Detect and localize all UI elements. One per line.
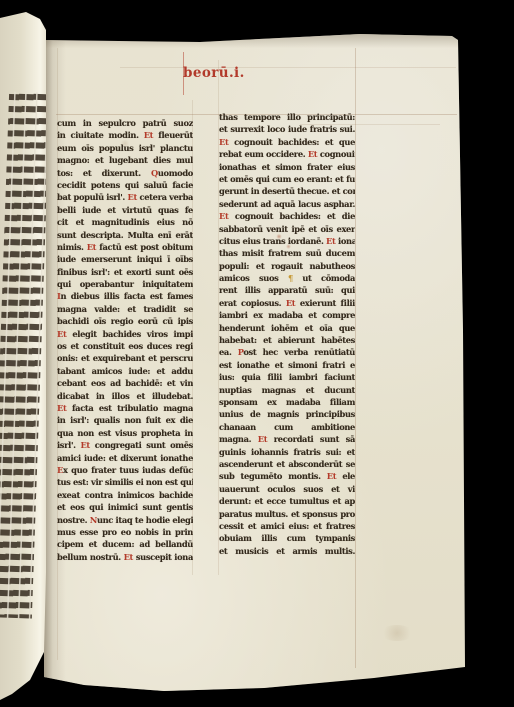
text-line: sub tegumēto montis. Et ele [219,470,355,482]
facing-page [0,12,46,704]
text-line: habebat: et abierunt habētes [219,334,355,346]
text-line: cecidit potens qui saluū facie [57,179,193,191]
text-line: rebat eum occidere. Et cognouit [219,148,355,160]
text-line: bellum nostrū. Et suscepit iona [57,551,193,563]
text-line: qua non est visus propheta in [57,427,193,439]
text-column-right: thas tempore illo principatū:et surrexit… [219,111,355,557]
text-line: guinis iohannis fratris sui: et [219,446,355,458]
text-line: et omēs qui cum eo erant: et fu [219,173,355,185]
text-line: cum in sepulcro patrū suoz [57,117,193,129]
text-line: amicos suos ¶ ut cōmoda [219,272,355,284]
text-line: est ionathe et simoni fratri e [219,359,355,371]
ruling-line [120,67,456,68]
text-line: ionathas et simon frater eius [219,161,355,173]
text-line: qui operabantur iniquitatem [57,278,193,290]
text-line: sunt descripta. Multa enī erāt [57,229,193,241]
text-line: henderunt iohēm et oīa que [219,322,355,334]
text-line: bachidi oīs regio eorū cū ipis [57,315,193,327]
text-line: sederunt ad aquā lacus asphar. [219,198,355,210]
text-line: erat copiosus. Et exierunt filii [219,297,355,309]
text-column-left: cum in sepulcro patrū suozin ciuitate mo… [57,117,193,563]
text-line: et eos qui inimici sunt gentis [57,501,193,513]
stain [380,625,414,641]
text-line: finibus isrl': et exorti sunt oēs [57,266,193,278]
text-line: gerunt in desertū thecue. et con [219,185,355,197]
text-line: nostre. Nunc itaq te hodie elegi [57,514,193,526]
text-line: et surrexit loco iude fratris sui. [219,123,355,135]
text-line: Et elegit bachides viros impi [57,328,193,340]
text-line: tos: et dixerunt. Quomodo [57,167,193,179]
text-line: cessit et amici eius: et fratres [219,520,355,532]
text-line: sponsam ex madaba filiam [219,396,355,408]
text-line: ius: quia filii iambri faciunt [219,371,355,383]
text-line: obuiam illis cum tympanis [219,532,355,544]
text-line: citus eius trans iordanē. Et iona [219,235,355,247]
text-line: nimis. Et factū est post obitum [57,241,193,253]
text-line: Et cognouit bachides: et que [219,136,355,148]
text-line: in isrl': qualis non fuit ex die [57,414,193,426]
text-line: iambri ex madaba et compre [219,309,355,321]
text-line: eum oīs populus isrl' planctu [57,142,193,154]
text-line: thas misit fratrem suū ducem [219,247,355,259]
text-line: derunt: et ecce tumultus et ap [219,495,355,507]
text-line: rent illis apparatū suū: qui [219,284,355,296]
text-line: et musicis et armis multis. [219,545,355,557]
manuscript-photo: beorū.i. cum in sepulcro patrū suozin ci… [0,0,514,707]
text-line: sabbatorū venit ipē et oīs exer [219,223,355,235]
text-line: Et facta est tribulatio magna [57,402,193,414]
text-line: exeat contra inimicos bachide [57,489,193,501]
text-line: tus est: vir similis ei non est qui [57,476,193,488]
text-line: cit et magnitudinis eius nō [57,216,193,228]
text-line: tabant amicos iude: et addu [57,365,193,377]
text-line: isrl'. Et congregati sunt omēs [57,439,193,451]
text-line: In diebus illis facta est fames [57,290,193,302]
text-line: Et cognouit bachides: et die [219,210,355,222]
text-line: magna valde: et tradidit se [57,303,193,315]
text-line: ascenderunt et absconderūt se [219,458,355,470]
text-line: thas tempore illo principatū: [219,111,355,123]
text-line: iude emerserunt iniqui ī oībs [57,253,193,265]
text-line: populi: et rogauit nabutheos [219,260,355,272]
ruling-line [355,48,356,668]
text-line: Ex quo frater tuus iudas defūc [57,464,193,476]
text-line: uauerunt oculos suos et vi [219,483,355,495]
text-line: nuptias magnas et ducunt [219,384,355,396]
text-line: cipem et ducem: ad bellandū [57,538,193,550]
text-line: chanaan cum ambitione [219,421,355,433]
facing-page-text [0,91,50,618]
text-line: dicabat in illos et illudebat. [57,390,193,402]
text-line: os et constituit eos duces regi [57,340,193,352]
text-line: magno: et lugebant dies mul [57,154,193,166]
text-line: in ciuitate modin. Et fleuerūt [57,129,193,141]
running-header: beorū.i. [183,65,245,81]
text-line: cebant eos ad bachidē: et vin [57,377,193,389]
text-line: magna. Et recordati sunt sā [219,433,355,445]
text-line: bat populū isrl'. Et cetera verba [57,191,193,203]
text-line: belli iude et virtutū quas fe [57,204,193,216]
text-line: ea. Post hec verba renūtiatū [219,346,355,358]
text-line: unius de magnis principibus [219,408,355,420]
text-line: onis: et exquirebant et perscru [57,352,193,364]
text-line: amici iude: et dixerunt ionathe [57,452,193,464]
text-line: mus esse pro eo nobis in prin [57,526,193,538]
text-line: paratus multus. et sponsus pro [219,508,355,520]
